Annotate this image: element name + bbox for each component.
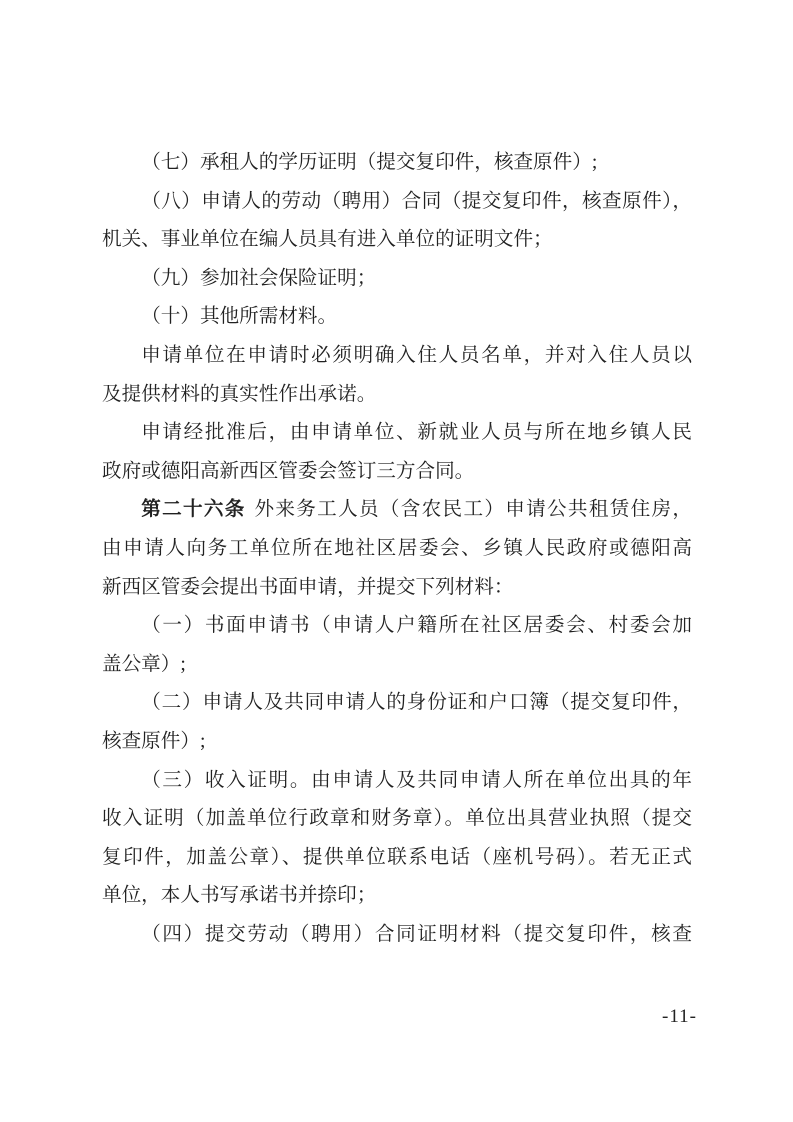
text-line: （九）参加社会保险证明； [102,260,692,299]
text-line: 第二十六条外来务工人员（含农民工）申请公共租赁住房， [102,491,692,530]
text-line: （七）承租人的学历证明（提交复印件，核查原件）; [102,144,692,183]
document-page: （七）承租人的学历证明（提交复印件，核查原件）;（八）申请人的劳动（聘用）合同（… [0,0,793,1122]
text-line: 复印件，加盖公章）、提供单位联系电话（座机号码）。若无正式 [102,839,692,878]
document-body: （七）承租人的学历证明（提交复印件，核查原件）;（八）申请人的劳动（聘用）合同（… [102,144,692,954]
text-line: （三）收入证明。由申请人及共同申请人所在单位出具的年 [102,762,692,801]
text-line: 由申请人向务工单位所在地社区居委会、乡镇人民政府或德阳高 [102,530,692,569]
text-line: （十）其他所需材料。 [102,298,692,337]
text-line: 单位，本人书写承诺书并捺印； [102,877,692,916]
text-line: 核查原件）; [102,723,692,762]
text-line: 盖公章）; [102,646,692,685]
text-line: 新西区管委会提出书面申请，并提交下列材料： [102,569,692,608]
article-number: 第二十六条 [141,499,245,520]
text-line: 收入证明（加盖单位行政章和财务章）。单位出具营业执照（提交 [102,800,692,839]
text-line: 机关、事业单位在编人员具有进入单位的证明文件； [102,221,692,260]
text-line: 申请单位在申请时必须明确入住人员名单，并对入住人员以 [102,337,692,376]
text-line: （四）提交劳动（聘用）合同证明材料（提交复印件，核查 [102,916,692,955]
text-line: 政府或德阳高新西区管委会签订三方合同。 [102,453,692,492]
text-line: 申请经批准后，由申请单位、新就业人员与所在地乡镇人民 [102,414,692,453]
text-line: （一）书面申请书（申请人户籍所在社区居委会、村委会加 [102,607,692,646]
text-line: （二）申请人及共同申请人的身份证和户口簿（提交复印件， [102,684,692,723]
page-number: -11- [662,1004,697,1030]
text-line: 及提供材料的真实性作出承诺。 [102,376,692,415]
line-text: 外来务工人员（含农民工）申请公共租赁住房， [254,499,692,520]
text-line: （八）申请人的劳动（聘用）合同（提交复印件，核查原件）， [102,183,692,222]
